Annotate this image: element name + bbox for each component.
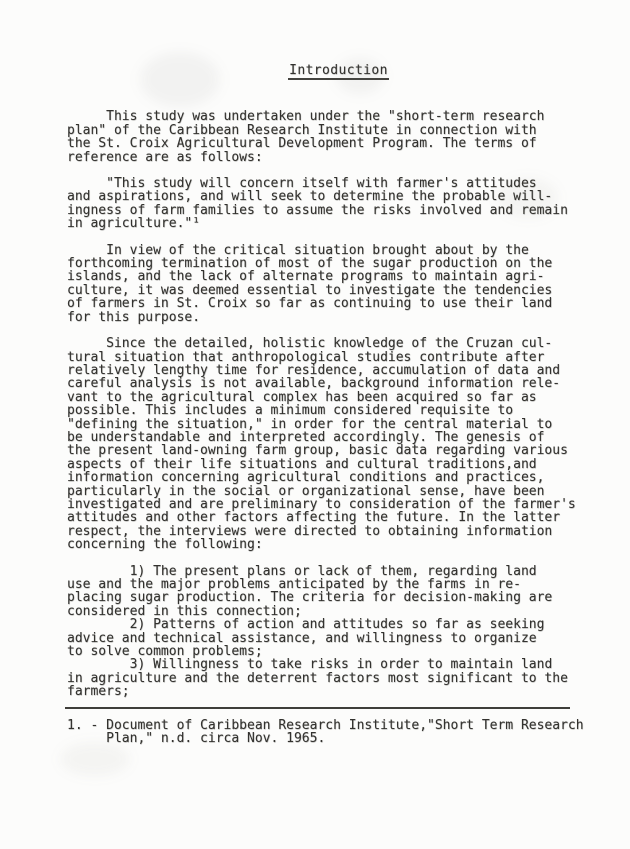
- list-item-2-patterns-of-action: 2) Patterns of action and attitudes so f…: [67, 618, 610, 658]
- footnote-citation: 1. - Document of Caribbean Research Inst…: [67, 719, 610, 746]
- page-title-text: Introduction: [288, 64, 389, 80]
- paragraph-background-information: Since the detailed, holistic knowledge o…: [67, 337, 610, 552]
- paper-smudge: [60, 742, 130, 776]
- paragraph-critical-situation: In view of the critical situation brough…: [67, 244, 610, 324]
- paragraph-intro-study: This study was undertaken under the "sho…: [67, 110, 610, 164]
- paragraph-terms-of-reference-quote: "This study will concern itself with far…: [67, 177, 610, 231]
- list-item-3-willingness-risks: 3) Willingness to take risks in order to…: [67, 658, 610, 698]
- list-item-1-present-plans: 1) The present plans or lack of them, re…: [67, 565, 610, 619]
- document-page: Introduction This study was undertaken u…: [0, 0, 630, 849]
- footnote-divider: [65, 707, 570, 709]
- numbered-list: 1) The present plans or lack of them, re…: [67, 565, 610, 699]
- page-title: Introduction: [67, 64, 610, 80]
